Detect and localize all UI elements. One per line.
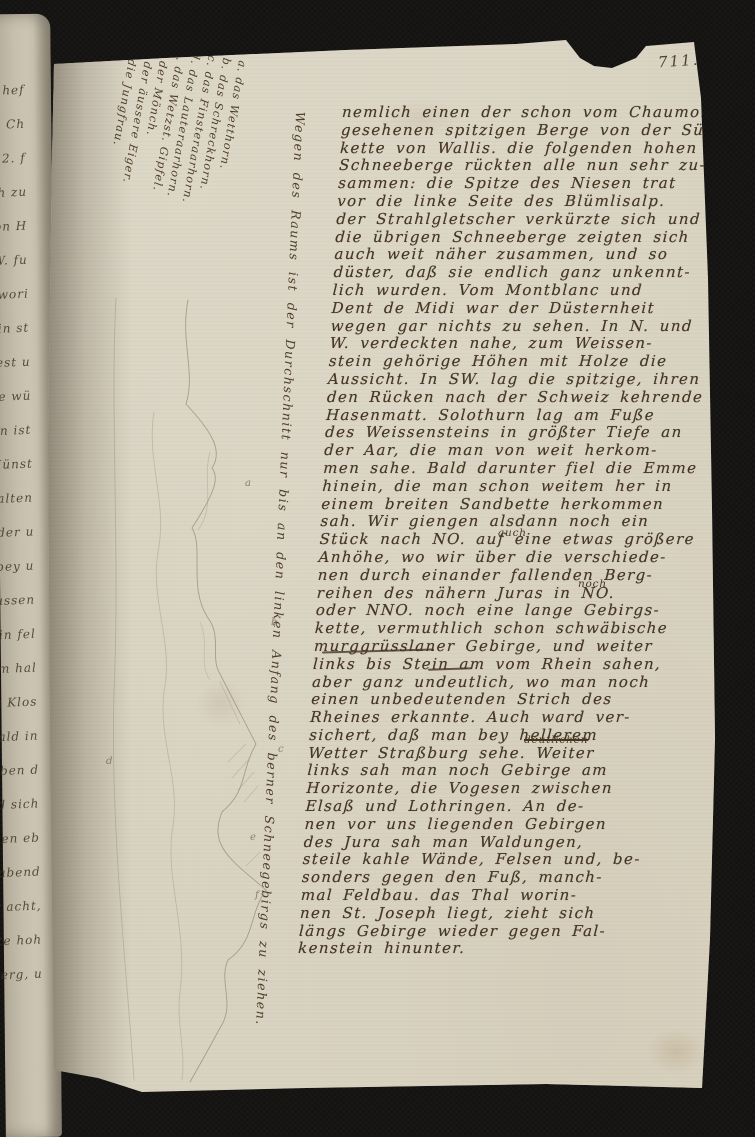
margin-text-fragment: erwalten <box>0 491 33 507</box>
handwriting-line: der Aar, die man von weit herkom- <box>324 442 717 460</box>
margin-text-fragment: wir bey u <box>0 559 35 576</box>
margin-text-fragment: el aussen <box>0 592 36 609</box>
handwriting-line: Hasenmatt. Solothurn lag am Fuße <box>326 407 719 425</box>
handwriting-line: hinein, die man schon weitem her in <box>322 478 715 496</box>
margin-text-fragment: das Ch <box>0 117 26 133</box>
sketch-letter: b <box>271 617 277 628</box>
margin-text-fragment: en Münst <box>0 457 33 473</box>
handwriting-line: stein gehörige Höhen mit Holze die <box>328 353 721 371</box>
handwriting-line: kette von Wallis. die folgenden hohen <box>340 140 733 158</box>
handwriting-line: Elsaß und Lothringen. An de- <box>305 798 698 816</box>
sketch-letter: a <box>245 478 251 489</box>
handwriting-line: Horizonte, die Vogesen zwischen <box>306 780 699 798</box>
handwriting-line: Anhöhe, wo wir über die verschiede- <box>318 549 711 567</box>
inserted-word: noch <box>578 578 607 590</box>
handwriting-line: aber ganz undeutlich, wo man noch <box>312 674 705 692</box>
handwriting-line: lich wurden. Vom Montblanc und <box>332 282 725 300</box>
handwriting-line: kette, vermuthlich schon schwäbische <box>314 620 707 638</box>
margin-text-fragment: in fel <box>0 627 36 642</box>
inserted-word: auch <box>498 527 527 539</box>
sketch-letter: d <box>106 756 112 767</box>
sketch-letter: f <box>255 890 259 901</box>
handwriting-line: des Weissensteins in größter Tiefe an <box>325 424 718 442</box>
margin-text-fragment: sen ist <box>0 423 32 439</box>
handwriting-line: einem breiten Sandbette herkommen <box>321 496 714 514</box>
margin-text-fragment: des Klos <box>0 695 38 711</box>
manuscript-page: 9 711. a. das Wetthorn. b. das Schreckho… <box>46 38 716 1094</box>
photographed-manuscript-scene: { "palette":{"background":"#131211","pap… <box>0 0 755 1137</box>
peak-legend-lines: a. das Wetthorn. b. das Schreckhorn. c. … <box>88 40 250 288</box>
handwriting-line: auch weit näher zusammen, und so <box>334 246 727 264</box>
margin-text-fragment: berg, u <box>0 967 43 983</box>
handwriting-line: des Jura sah man Waldungen, <box>303 834 696 852</box>
handwriting-line: links sah man noch Gebirge am <box>307 762 700 780</box>
handwriting-line: nen vor uns liegenden Gebirgen <box>304 816 697 834</box>
margin-text-fragment: WSW. fu <box>0 253 28 269</box>
sketch-letter: e <box>250 832 256 843</box>
handwriting-line: längs Gebirge wieder gegen Fal- <box>299 923 692 941</box>
margin-text-fragment: d so hef <box>0 83 25 99</box>
handwriting-line: reihen des nähern Juras in NO. <box>316 585 709 603</box>
margin-text-fragment: in abend <box>0 864 41 880</box>
margin-text-fragment: el von H <box>0 219 28 235</box>
handwriting-line: steile kahle Wände, Felsen und, be- <box>302 851 695 869</box>
handwriting-line: W. verdeckten nahe, zum Weissen- <box>329 335 722 353</box>
handwriting-line: vor die linke Seite des Blümlisalp. <box>337 193 730 211</box>
handwriting-line: düster, daß sie endlich ganz unkennt- <box>333 264 726 282</box>
page-number: 711. <box>657 51 700 72</box>
margin-text-fragment: digen eb <box>0 830 41 846</box>
handwriting-line: der Strahlgletscher verkürzte sich und <box>336 211 729 229</box>
mountain-panorama-sketch: a b c d e f <box>70 292 310 1092</box>
handwriting-line: men sahe. Bald darunter fiel die Emme <box>323 460 716 478</box>
margin-text-fragment: sich in st <box>0 321 30 337</box>
sketch-letter: c <box>278 744 284 755</box>
handwriting-line: sammen: die Spitze des Niesen trat <box>338 175 731 193</box>
handwriting-line: wegen gar nichts zu sehen. In N. und <box>330 318 723 336</box>
handwriting-line: Aussicht. In SW. lag die spitzige, ihren <box>327 371 720 389</box>
sketch-drawing <box>70 292 310 1092</box>
handwriting-line: Rheines erkannte. Auch ward ver- <box>310 709 703 727</box>
margin-text-fragment: wald in <box>0 729 38 745</box>
margin-text-fragment: Stam hal <box>0 661 37 677</box>
handwriting-line: mal Feldbau. das Thal worin- <box>300 887 693 905</box>
margin-text-fragment: wird sich <box>0 796 40 812</box>
margin-text-fragment: sich zu <box>0 185 27 201</box>
handwriting-line: gesehenen spitzigen Berge von der Südk- <box>341 122 734 140</box>
handwriting-line: einen unbedeutenden Strich des <box>311 691 704 709</box>
handwriting-line: oder NNO. noch eine lange Gebirgs- <box>315 602 708 620</box>
paper-stain <box>646 1028 706 1074</box>
handwriting-line: Dent de Midi war der Düsternheit <box>331 300 724 318</box>
inserted-word: deutlichen <box>524 734 588 746</box>
handwriting-line: nen St. Joseph liegt, zieht sich <box>299 905 692 923</box>
handwriting-line: Wetter Straßburg sehe. Weiter <box>308 745 701 763</box>
pencil-number: 9 <box>597 53 608 70</box>
handwriting-line: Schneeberge rückten alle nun sehr zu- <box>339 157 732 175</box>
margin-text-fragment: er acht, <box>0 899 42 915</box>
margin-text-fragment: i an der u <box>0 524 34 541</box>
margin-text-fragment: Höhe wü <box>0 389 31 405</box>
margin-text-fragment: Reben d <box>0 763 39 779</box>
margin-text-fragment: er est u <box>0 355 31 371</box>
margin-text-fragment: 1832. f <box>0 151 26 167</box>
margin-text-fragment: este hoh <box>0 932 43 948</box>
handwriting-line: nen durch einander fallenden Berg- <box>317 567 710 585</box>
sketch-caption-text: Wegen des Raums ist der Durchschnitt nur… <box>293 111 308 112</box>
handwriting-line: sichert, daß man bey hellerem <box>309 727 702 745</box>
handwriting-line: murggrüsslaner Gebirge, und weiter <box>313 638 706 656</box>
handwriting-line: sonders gegen den Fuß, manch- <box>301 869 694 887</box>
handwriting-line: kenstein hinunter. <box>298 940 691 958</box>
handwriting-line: die übrigen Schneeberge zeigten sich <box>335 229 728 247</box>
handwriting-line: links bis Stein am vom Rhein sahen, <box>313 656 706 674</box>
margin-text-fragment: Lo, wori <box>0 287 29 303</box>
handwriting-line: den Rücken nach der Schweiz kehrende <box>327 389 720 407</box>
handwriting-line: nemlich einen der schon vom Chaumont <box>341 104 734 122</box>
